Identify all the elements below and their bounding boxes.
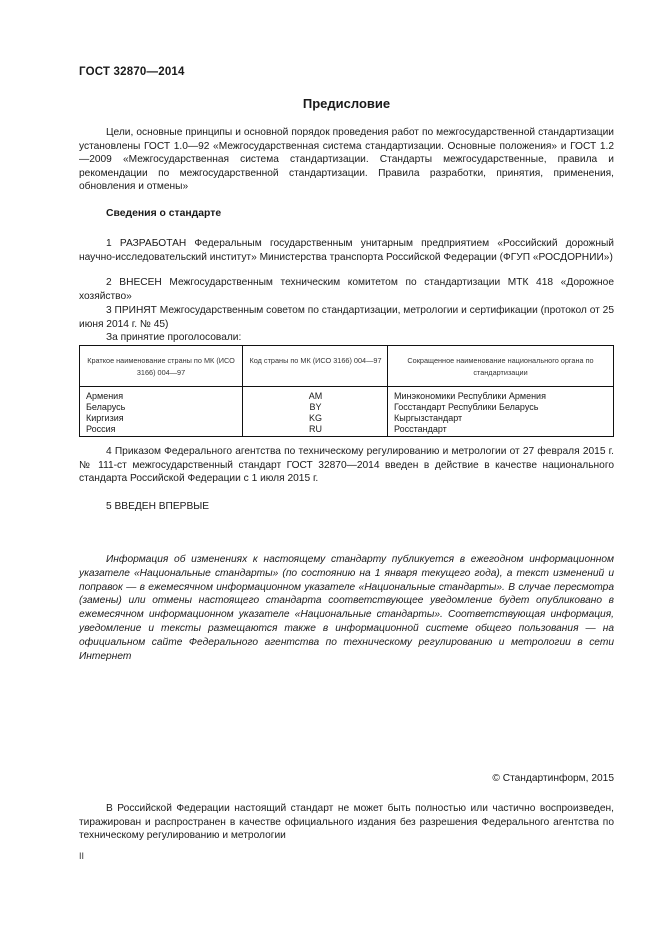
item-developed: 1 РАЗРАБОТАН Федеральным государственным… (79, 237, 614, 264)
cell-country: Беларусь (86, 402, 242, 413)
cell-code: RU (243, 424, 388, 435)
copyright-notice: © Стандартинформ, 2015 (492, 773, 614, 784)
cell-code: AM (243, 391, 388, 402)
cell-national-body: Минэкономики Республики Армения (394, 391, 613, 402)
cell-country: Россия (86, 424, 242, 435)
item-first-time: 5 ВВЕДЕН ВПЕРВЫЕ (79, 500, 614, 514)
column-national-body: Сокращенное наименование национального о… (387, 346, 613, 436)
item-introduced: 2 ВНЕСЕН Межгосударственным техническим … (79, 276, 614, 303)
page-title: Предисловие (16, 96, 661, 111)
item-adopted: 3 ПРИНЯТ Межгосударственным советом по с… (79, 304, 614, 331)
cell-national-body: Росстандарт (394, 424, 613, 435)
header-national-body: Сокращенное наименование национального о… (388, 355, 613, 379)
vote-table: Краткое наименование страны по МК (ИСО 3… (79, 345, 614, 437)
standard-info-heading: Сведения о стандарте (106, 208, 221, 219)
column-code: Код страны по МК (ИСО 3166) 004—97 AM BY… (242, 346, 388, 436)
changes-notice: Информация об изменениях к настоящему ст… (79, 553, 614, 663)
header-code: Код страны по МК (ИСО 3166) 004—97 (243, 355, 388, 367)
column-country: Краткое наименование страны по МК (ИСО 3… (80, 346, 242, 436)
country-cells: Армения Беларусь Киргизия Россия (80, 391, 242, 435)
intro-paragraph: Цели, основные принципы и основной поряд… (79, 126, 614, 194)
header-country: Краткое наименование страны по МК (ИСО 3… (80, 355, 242, 379)
item-order: 4 Приказом Федерального агентства по тех… (79, 445, 614, 486)
cell-country: Армения (86, 391, 242, 402)
cell-code: BY (243, 402, 388, 413)
rights-notice: В Российской Федерации настоящий стандар… (79, 802, 614, 843)
cell-country: Киргизия (86, 413, 242, 424)
table-header-divider (80, 386, 613, 387)
national-body-cells: Минэкономики Республики Армения Госстанд… (388, 391, 613, 435)
document-id-header: ГОСТ 32870—2014 (79, 66, 185, 78)
cell-national-body: Кыргызстандарт (394, 413, 613, 424)
voted-label: За принятие проголосовали: (79, 331, 614, 345)
cell-code: KG (243, 413, 388, 424)
cell-national-body: Госстандарт Республики Беларусь (394, 402, 613, 413)
page-number: II (79, 851, 84, 861)
code-cells: AM BY KG RU (243, 391, 388, 435)
